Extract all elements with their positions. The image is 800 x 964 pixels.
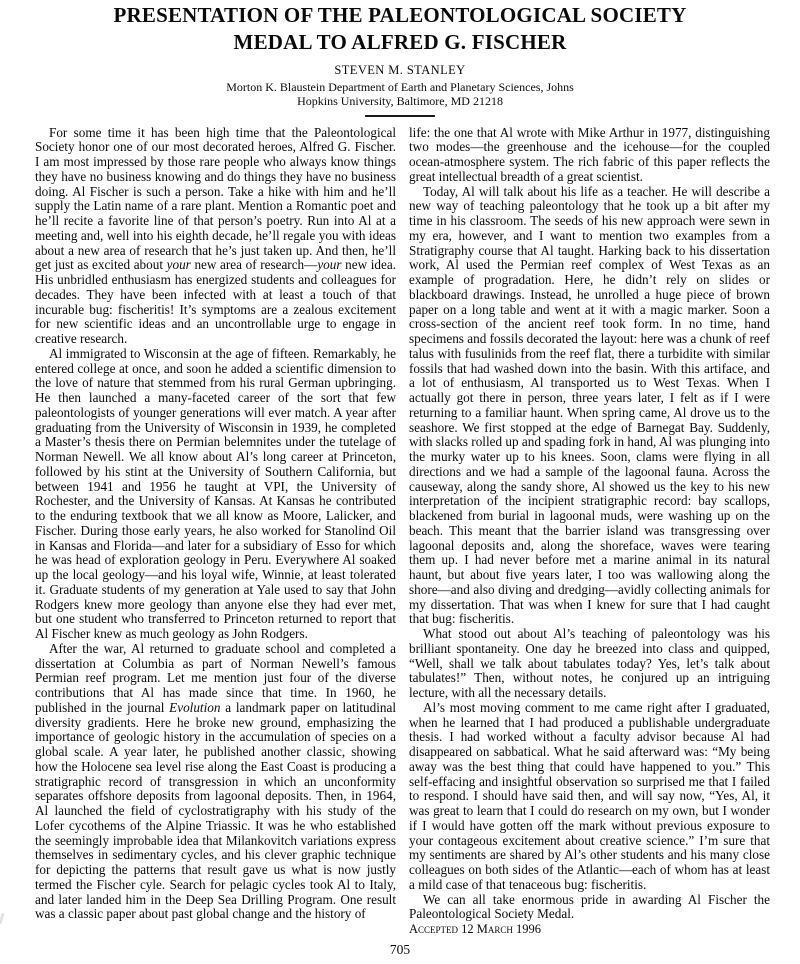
page-number: 705 (0, 942, 800, 958)
right-column: life: the one that Al wrote with Mike Ar… (409, 126, 770, 937)
article-body: For some time it has been high time that… (0, 126, 800, 937)
paragraph: Al’s most moving comment to me came righ… (409, 701, 770, 893)
article-title-line2: MEDAL TO ALFRED G. FISCHER (0, 29, 800, 56)
journal-page: PRESENTATION OF THE PALEONTOLOGICAL SOCI… (0, 0, 800, 964)
paragraph: life: the one that Al wrote with Mike Ar… (409, 126, 770, 185)
affiliation-line2: Hopkins University, Baltimore, MD 21218 (0, 95, 800, 109)
article-title: PRESENTATION OF THE PALEONTOLOGICAL SOCI… (0, 2, 800, 55)
paragraph: We can all take enormous pride in awardi… (409, 893, 770, 923)
paragraph: What stood out about Al’s teaching of pa… (409, 627, 770, 701)
author-affiliation: Morton K. Blaustein Department of Earth … (0, 81, 800, 108)
affiliation-line1: Morton K. Blaustein Department of Earth … (0, 81, 800, 95)
paragraph: Al immigrated to Wisconsin at the age of… (35, 347, 396, 642)
author-name: STEVEN M. STANLEY (0, 63, 800, 78)
article-title-line1: PRESENTATION OF THE PALEONTOLOGICAL SOCI… (0, 2, 800, 29)
paragraph: After the war, Al returned to graduate s… (35, 642, 396, 922)
paragraph: Today, Al will talk about his life as a … (409, 185, 770, 628)
header-divider-rule (365, 115, 435, 117)
accepted-date: Accepted 12 March 1996 (409, 922, 770, 937)
left-column: For some time it has been high time that… (35, 126, 396, 937)
paragraph: For some time it has been high time that… (35, 126, 396, 347)
masthead: PRESENTATION OF THE PALEONTOLOGICAL SOCI… (0, 0, 800, 117)
